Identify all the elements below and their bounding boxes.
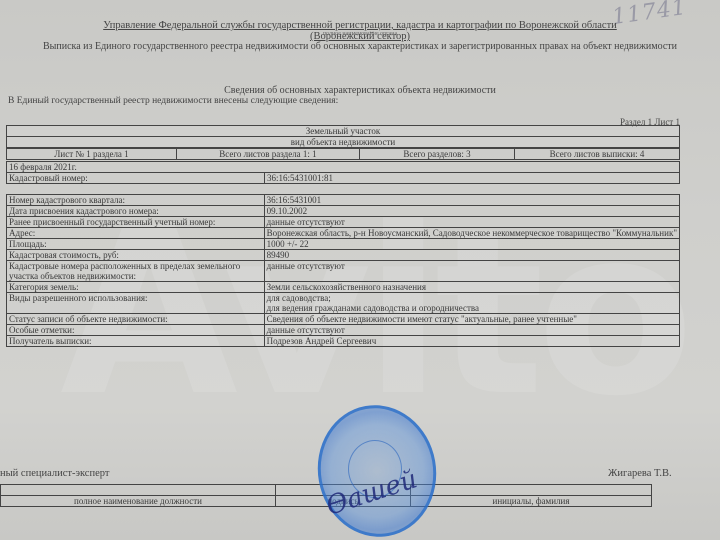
table-row: Номер кадастрового квартала:36:16:543100…	[7, 195, 680, 206]
field-value: данные отсутствуют	[264, 261, 679, 282]
field-value: данные отсутствуют	[264, 325, 679, 336]
table-row: Статус записи об объекте недвижимости:Св…	[7, 314, 680, 325]
table-row: Ранее присвоенный государственный учетны…	[7, 217, 680, 228]
table-row: Получатель выписки:Подрезов Андрей Серге…	[7, 336, 680, 347]
cadastral-number-label: Кадастровый номер:	[7, 173, 265, 184]
field-value: данные отсутствуют	[264, 217, 679, 228]
object-type: Земельный участок	[7, 126, 680, 137]
field-value: 36:16:5431001	[264, 195, 679, 206]
field-value: 89490	[264, 250, 679, 261]
permitted-use-1: для садоводства;	[267, 293, 677, 303]
table-row: Виды разрешенного использования:для садо…	[7, 293, 680, 314]
total-sections: Всего разделов: 3	[360, 149, 515, 160]
field-label: Получатель выписки:	[7, 336, 265, 347]
field-value: Подрезов Андрей Сергеевич	[264, 336, 679, 347]
table-row: Дата присвоения кадастрового номера:09.1…	[7, 206, 680, 217]
table-row: Кадастровые номера расположенных в преде…	[7, 261, 680, 282]
field-label: Ранее присвоенный государственный учетны…	[7, 217, 265, 228]
table-row: Кадастровая стоимость, руб:89490	[7, 250, 680, 261]
position-caption: полное наименование должности	[1, 496, 276, 507]
sheet-number: Лист № 1 раздела 1	[7, 149, 177, 160]
table-row: Адрес:Воронежская область, р-н Новоусман…	[7, 228, 680, 239]
date-table: 16 февраля 2021г. Кадастровый номер: 36:…	[6, 161, 680, 184]
field-label: Кадастровые номера расположенных в преде…	[7, 261, 265, 282]
signer-name: Жигарева Т.В.	[608, 468, 672, 479]
sheets-table: Лист № 1 раздела 1 Всего листов раздела …	[6, 148, 680, 160]
field-label: Категория земель:	[7, 282, 265, 293]
field-label: Кадастровая стоимость, руб:	[7, 250, 265, 261]
field-value: 09.10.2002	[264, 206, 679, 217]
field-value: 1000 +/- 22	[264, 239, 679, 250]
field-label: Номер кадастрового квартала:	[7, 195, 265, 206]
permitted-use-2: для ведения гражданами садоводства и ого…	[267, 303, 677, 313]
field-label: Виды разрешенного использования:	[7, 293, 265, 314]
field-label: Дата присвоения кадастрового номера:	[7, 206, 265, 217]
cadastral-number-value: 36:16:5431001:81	[265, 173, 680, 184]
field-value: Сведения об объекте недвижимости имеют с…	[264, 314, 679, 325]
field-label: Особые отметки:	[7, 325, 265, 336]
name-caption: инициалы, фамилия	[411, 496, 652, 507]
signer-position: ный специалист-эксперт	[0, 468, 109, 479]
extract-date: 16 февраля 2021г.	[7, 162, 680, 173]
field-value: Земли сельскохозяйственного назначения	[264, 282, 679, 293]
extract-title: Выписка из Единого государственного реес…	[40, 41, 680, 52]
field-label: Статус записи об объекте недвижимости:	[7, 314, 265, 325]
total-sheets-section: Всего листов раздела 1: 1	[177, 149, 360, 160]
organization-caption: полное наименование органа	[240, 31, 480, 37]
table-row: Особые отметки:данные отсутствуют	[7, 325, 680, 336]
field-value-multiline: для садоводства;для ведения гражданами с…	[264, 293, 679, 314]
object-type-caption: вид объекта недвижимости	[7, 137, 680, 148]
info-title: Сведения об основных характеристиках объ…	[150, 85, 570, 96]
intro-text: В Единый государственный реестр недвижим…	[8, 96, 338, 106]
characteristics-table: Номер кадастрового квартала:36:16:543100…	[6, 194, 680, 347]
table-row: Категория земель:Земли сельскохозяйствен…	[7, 282, 680, 293]
field-label: Площадь:	[7, 239, 265, 250]
field-value: Воронежская область, р-н Новоусманский, …	[264, 228, 679, 239]
field-label: Адрес:	[7, 228, 265, 239]
object-type-table: Земельный участок вид объекта недвижимос…	[6, 125, 680, 148]
table-row: Площадь:1000 +/- 22	[7, 239, 680, 250]
total-sheets-extract: Всего листов выписки: 4	[515, 149, 680, 160]
